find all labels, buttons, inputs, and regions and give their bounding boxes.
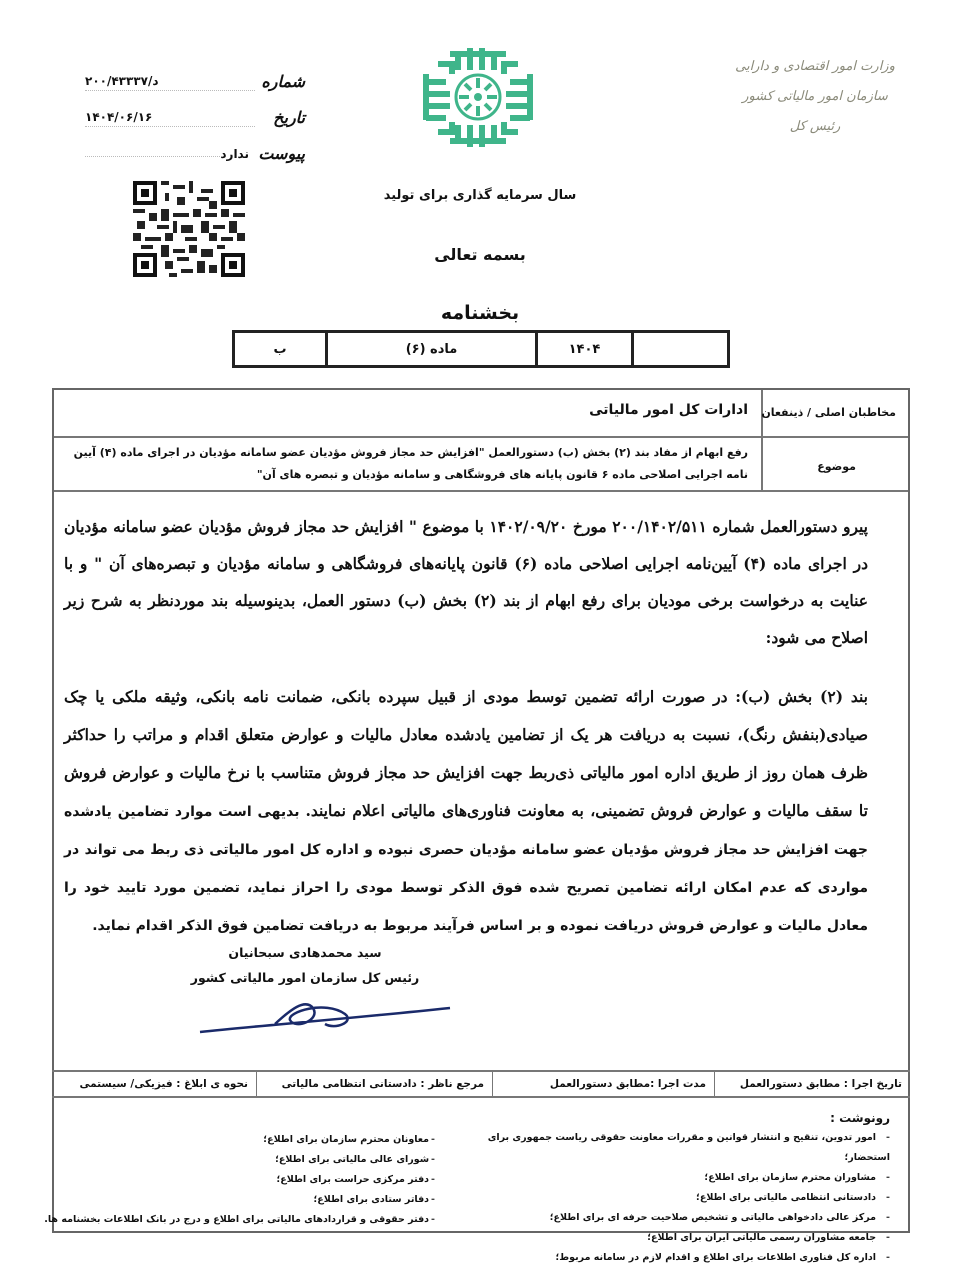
copy-item: دفاتر ستادی برای اطلاع؛ xyxy=(15,1190,435,1210)
subject-label: موضوع xyxy=(817,460,856,473)
copies-left: معاونان محترم سازمان برای اطلاع؛ شورای ع… xyxy=(15,1130,435,1230)
body-paragraph-2: بند (۲) بخش (ب): در صورت ارائه تضمین توس… xyxy=(64,678,868,945)
copy-item: دادستانی انتظامی مالیاتی برای اطلاع؛ xyxy=(470,1188,890,1208)
tax-administration-logo xyxy=(418,40,538,155)
copy-item: معاونان محترم سازمان برای اطلاع؛ xyxy=(15,1130,435,1150)
number-cell-section: ب xyxy=(235,333,325,365)
execution-date: تاریخ اجرا : مطابق دستورالعمل xyxy=(714,1072,910,1096)
addressees-value: ادارات کل امور مالیاتی xyxy=(589,402,748,418)
copy-item: اداره کل فناوری اطلاعات برای اطلاع و اقد… xyxy=(470,1248,890,1268)
label-divider xyxy=(761,390,763,490)
signature-scribble-icon xyxy=(195,990,455,1040)
number-cell-blank xyxy=(631,333,727,365)
bismillah: بسمه تعالی xyxy=(0,245,960,264)
number-row: شماره د/۲۰۰/۴۳۳۳۷ xyxy=(85,55,305,91)
paragraph-2-normal-text: بند (۲) بخش (ب): در صورت ارائه تضمین توس… xyxy=(64,687,868,820)
copy-item: دفتر مرکزی حراست برای اطلاع؛ xyxy=(15,1170,435,1190)
execution-duration: مدت اجرا :مطابق دستورالعمل xyxy=(492,1072,714,1096)
organization-line: سازمان امور مالیاتی کشور xyxy=(700,82,930,112)
copy-item: امور تدوین، تنقیح و انتشار قوانین و مقرر… xyxy=(470,1128,890,1168)
supervising-authority: مرجع ناظر : دادستانی انتظامی مالیاتی xyxy=(256,1072,492,1096)
notification-method: نحوه ی ابلاغ : فیزیکی/ سیستمی xyxy=(56,1072,256,1096)
copies-title: رونوشت : xyxy=(470,1108,890,1128)
year-slogan: سال سرمایه گذاری برای تولید xyxy=(0,188,960,203)
signature-block: سید محمدهادی سبحانیان رئیس کل سازمان امو… xyxy=(190,940,420,1048)
head-line: رئیس کل xyxy=(700,112,930,142)
circular-number-table: ۱۴۰۴ ماده (۶) ب xyxy=(232,330,730,368)
attachment-label: پیوست xyxy=(255,144,305,163)
attachment-line xyxy=(85,155,220,157)
paragraph-2-bold-text: بدیهی است موارد تضامین یادشده جهت افزایش… xyxy=(64,804,868,934)
number-label: شماره xyxy=(255,72,305,91)
date-row: تاریخ ۱۴۰۴/۰۶/۱۶ xyxy=(85,91,305,127)
document-title: بخشنامه xyxy=(0,302,960,324)
ministry-line: وزارت امور اقتصادی و دارایی xyxy=(700,52,930,82)
signer-name: سید محمدهادی سبحانیان xyxy=(190,940,420,965)
letter-meta: شماره د/۲۰۰/۴۳۳۳۷ تاریخ ۱۴۰۴/۰۶/۱۶ پیوست… xyxy=(85,55,305,163)
ministry-header: وزارت امور اقتصادی و دارایی سازمان امور … xyxy=(700,52,930,142)
date-label: تاریخ xyxy=(255,108,305,127)
body-paragraph-1: پیرو دستورالعمل شماره ۲۰۰/۱۴۰۲/۵۱۱ مورخ … xyxy=(64,508,868,656)
circular-body-box: مخاطبان اصلی / ذینفعان ادارات کل امور ما… xyxy=(52,388,910,1233)
copy-item: جامعه مشاوران رسمی مالیاتی ایران برای اط… xyxy=(470,1228,890,1248)
number-cell-article: ماده (۶) xyxy=(325,333,535,365)
number-cell-year: ۱۴۰۴ xyxy=(535,333,631,365)
copy-item: مرکز عالی دادخواهی مالیاتی و تشخیص صلاحی… xyxy=(470,1208,890,1228)
number-value: د/۲۰۰/۴۳۳۳۷ xyxy=(85,74,255,91)
date-value: ۱۴۰۴/۰۶/۱۶ xyxy=(85,110,255,127)
paragraph-1-text: پیرو دستورالعمل شماره ۲۰۰/۱۴۰۲/۵۱۱ مورخ … xyxy=(64,508,868,656)
signer-position: رئیس کل سازمان امور مالیاتی کشور xyxy=(190,965,420,990)
attachment-row: پیوست ندارد xyxy=(85,127,305,163)
attachment-value: ندارد xyxy=(220,147,255,163)
copy-item: شورای عالی مالیاتی برای اطلاع؛ xyxy=(15,1150,435,1170)
addressees-label: مخاطبان اصلی / ذینفعان xyxy=(761,406,896,419)
logo-icon xyxy=(418,40,538,155)
subject-value: رفع ابهام از مفاد بند (۲) بخش (ب) دستورا… xyxy=(60,442,748,486)
copy-item: مشاوران محترم سازمان برای اطلاع؛ xyxy=(470,1168,890,1188)
execution-info-row: تاریخ اجرا : مطابق دستورالعمل مدت اجرا :… xyxy=(52,1070,910,1098)
copy-item: دفتر حقوقی و قراردادهای مالیاتی برای اطل… xyxy=(15,1210,435,1230)
copies-right: رونوشت : امور تدوین، تنقیح و انتشار قوان… xyxy=(470,1108,890,1268)
